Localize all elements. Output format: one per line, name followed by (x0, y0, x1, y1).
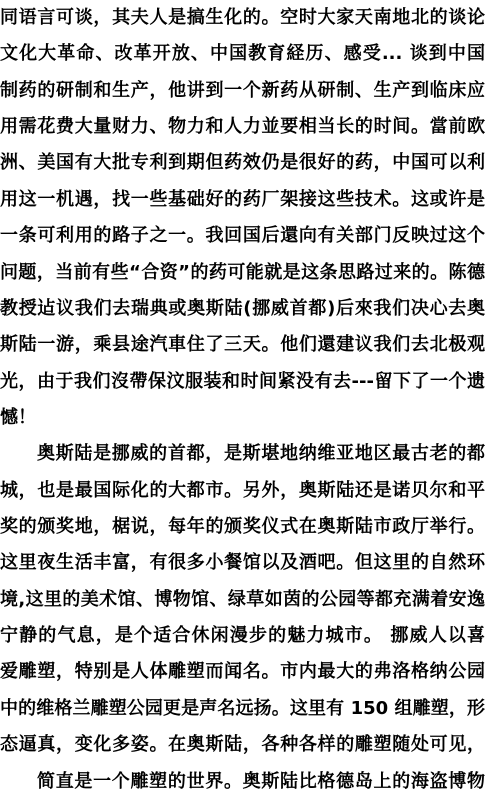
text-line: 教授迠议我们去瑞典或奥斯陆(挪威首都)后來我们决心去奥 (0, 291, 485, 327)
text-line-paragraph-start: 简直是一个雕塑的世界。奥斯陆比格德岛上的海盗博物 (0, 764, 485, 800)
text-line: 爱雕塑，特别是人体雕塑而闻名。市内最大的弗洛格纳公园 (0, 654, 485, 690)
text-line: 制药的研制和生产，他讲到一个新药从研制、生产到临床应 (0, 73, 485, 109)
text-line: 问题，当前有些“合资”的药可能就是这条思路过来的。陈德 (0, 255, 485, 291)
text-line: 斯陆一游，乘县途汽車住了三天。他们還建议我们去北极观 (0, 327, 485, 363)
text-line: 同语言可谈，其夫人是搞生化的。空时大家天南地北的谈论 (0, 0, 485, 36)
text-line: 文化大革命、改革开放、中国教育経历、感受... 谈到中国 (0, 36, 485, 72)
text-line: 用需花费大量财力、物力和人力並要相当长的时间。當前欧 (0, 109, 485, 145)
text-line: 宁静的气息，是个适合休闲漫步的魅力城市。 挪威人以喜 (0, 618, 485, 654)
text-line: 洲、美国有大批专利到期但药效仍是很好的药，中国可以利 (0, 145, 485, 181)
text-line: 憾！ (0, 400, 485, 436)
text-line: 用这一机遇，找一些基础好的药厂架接这些技术。这或许是 (0, 182, 485, 218)
text-line: 奖的颁奖地，椐说，每年的颁奖仪式在奥斯陆市政厅举行。 (0, 509, 485, 545)
text-line: 境,这里的美术馆、博物馆、绿草如茵的公园等都充满着安逸 (0, 582, 485, 618)
text-line: 中的维格兰雕塑公园更是声名远扬。这里有 150 组雕塑，形 (0, 691, 485, 727)
text-line: 一条可利用的路子之一。我回国后還向有关部门反映过这个 (0, 218, 485, 254)
text-line-paragraph-start: 奥斯陆是挪威的首都，是斯堪地纳维亚地区最古老的都 (0, 436, 485, 472)
text-line: 态逼真，变化多姿。在奥斯陆，各种各样的雕塑随处可见， (0, 727, 485, 763)
text-line: 光，由于我们沒帶保汶服装和时间紧没有去---留下了一个遗 (0, 364, 485, 400)
text-line: 城，也是最国际化的大都市。另外，奥斯陆还是诺贝尔和平 (0, 473, 485, 509)
text-line: 这里夜生活丰富，有很多小餐馆以及酒吧。但这里的自然环 (0, 545, 485, 581)
page: 同语言可谈，其夫人是搞生化的。空时大家天南地北的谈论 文化大革命、改革开放、中国… (0, 0, 485, 800)
